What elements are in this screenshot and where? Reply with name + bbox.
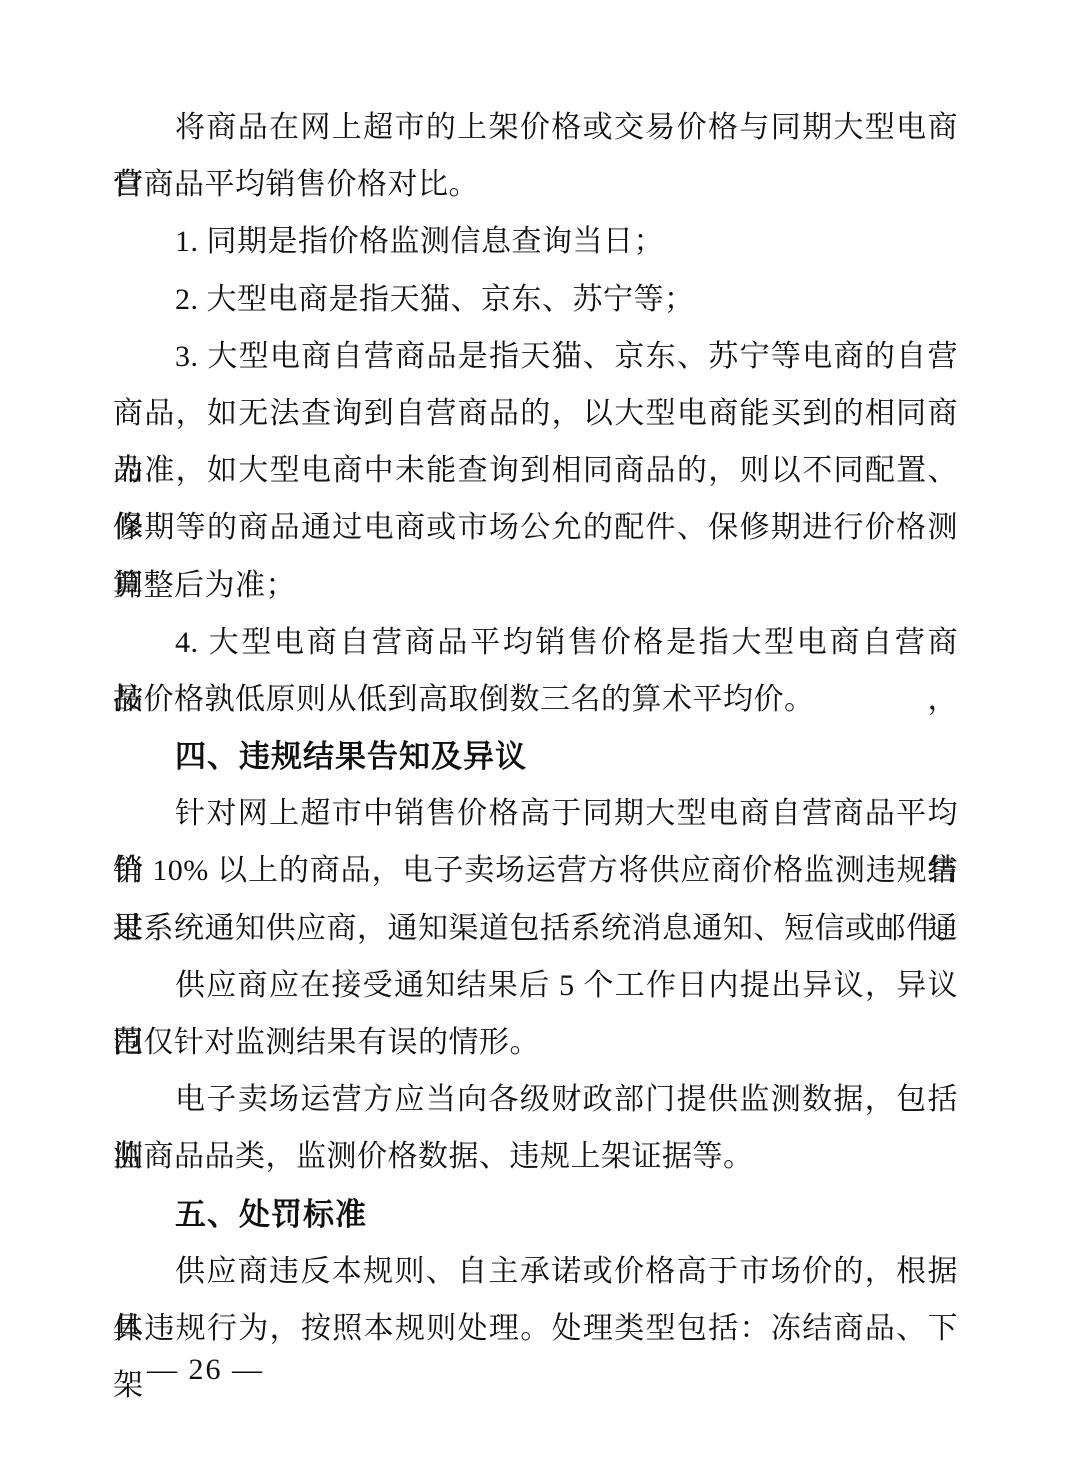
paragraph-line: 将商品在网上超市的上架价格或交易价格与同期大型电商自 (113, 99, 958, 156)
paragraph-line: 过系统通知供应商，通知渠道包括系统消息通知、短信或邮件。 (113, 900, 958, 957)
paragraph-line: 体违规行为，按照本规则处理。处理类型包括：冻结商品、下架 (113, 1300, 958, 1357)
paragraph-line: 围仅针对监测结果有误的情形。 (113, 1014, 958, 1071)
list-item-3: 3. 大型电商自营商品是指天猫、京东、苏宁等电商的自营 (113, 328, 958, 385)
paragraph-line: 商品，如无法查询到自营商品的，以大型电商能买到的相同商品 (113, 385, 958, 442)
paragraph-line: 测商品品类，监测价格数据、违规上架证据等。 (113, 1128, 958, 1185)
list-item-1: 1. 同期是指价格监测信息查询当日； (113, 213, 958, 270)
list-item-2: 2. 大型电商是指天猫、京东、苏宁等； (113, 271, 958, 328)
section-heading-5: 五、处罚标准 (113, 1186, 958, 1243)
paragraph-line: 供应商违反本规则、自主承诺或价格高于市场价的，根据具 (113, 1243, 958, 1300)
document-body: 将商品在网上超市的上架价格或交易价格与同期大型电商自 营商品平均销售价格对比。 … (113, 99, 958, 1357)
paragraph-line: 价 10% 以上的商品，电子卖场运营方将供应商价格监测违规结果通 (113, 842, 958, 899)
paragraph-line: 为准，如大型电商中未能查询到相同商品的，则以不同配置、保 (113, 442, 958, 499)
paragraph-line: 营商品平均销售价格对比。 (113, 156, 958, 213)
document-page: 将商品在网上超市的上架价格或交易价格与同期大型电商自 营商品平均销售价格对比。 … (0, 0, 1068, 1477)
paragraph-line: 电子卖场运营方应当向各级财政部门提供监测数据，包括监 (113, 1071, 958, 1128)
page-number: — 26 — (147, 1352, 264, 1388)
paragraph-line: 调整后为准； (113, 557, 958, 614)
paragraph-line: 供应商应在接受通知结果后 5 个工作日内提出异议，异议范 (113, 957, 958, 1014)
section-heading-4: 四、违规结果告知及异议 (113, 728, 958, 785)
paragraph-line: 针对网上超市中销售价格高于同期大型电商自营商品平均销售 (113, 785, 958, 842)
paragraph-line: 修期等的商品通过电商或市场公允的配件、保修期进行价格测算 (113, 499, 958, 556)
list-item-4: 4. 大型电商自营商品平均销售价格是指大型电商自营商品， (113, 614, 958, 671)
